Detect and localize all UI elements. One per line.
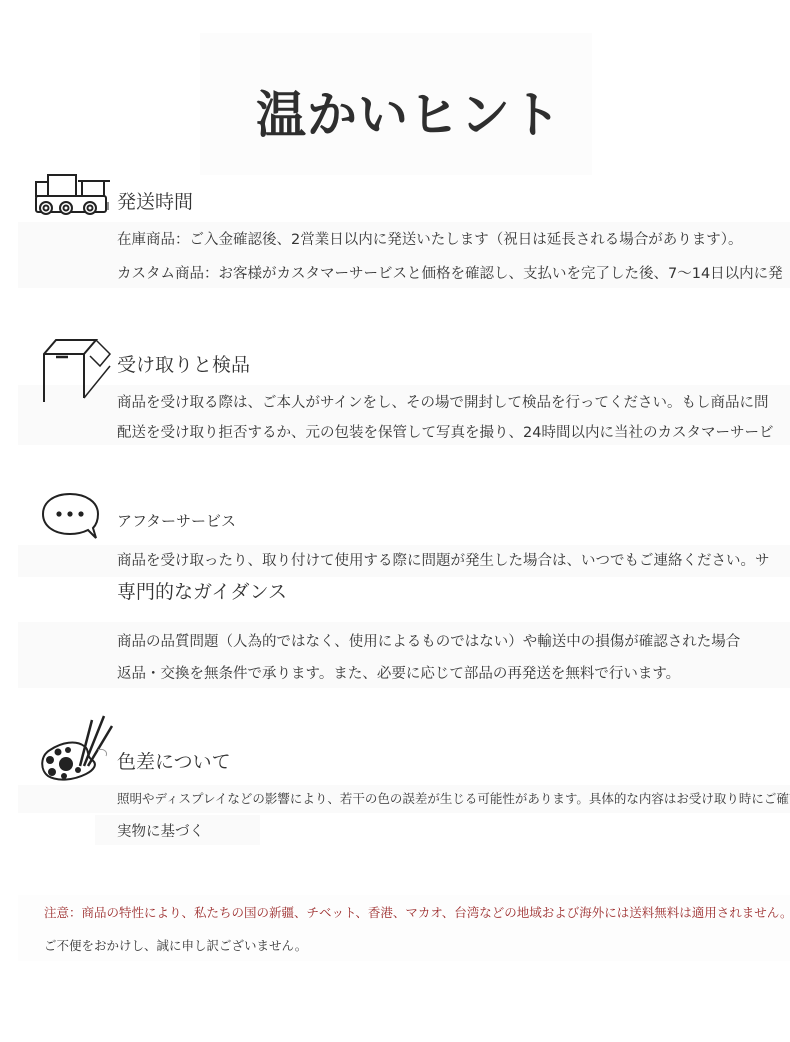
receipt-line-2: 配送を受け取り拒否するか、元の包装を保管して写真を撮り、24時間以内に当社のカス… — [117, 421, 773, 442]
section-heading-guidance: 専門的なガイダンス — [117, 577, 287, 604]
chat-bubble-icon — [40, 490, 102, 542]
shipping-exclusion-notice: 注意：商品の特性により、私たちの国の新疆、チベット、香港、マカオ、台湾などの地域… — [44, 903, 790, 921]
truck-icon — [34, 172, 114, 218]
shipping-line-stock: 在庫商品：ご入金確認後、2営業日以内に発送いたします（祝日は延長される場合があり… — [117, 228, 742, 249]
color-line-1: 照明やディスプレイなどの影響により、若干の色の誤差が生じる可能性があります。具体… — [117, 789, 790, 807]
shipping-line-custom: カスタム商品：お客様がカスタマーサービスと価格を確認し、支払いを完了した後、7〜… — [117, 262, 783, 283]
section-heading-aftersales: アフターサービス — [117, 510, 236, 531]
section-heading-receipt: 受け取りと検品 — [117, 350, 250, 377]
page-title: 温かいヒント — [200, 75, 618, 147]
section-heading-shipping: 発送時間 — [117, 187, 193, 214]
section-heading-color: 色差について — [117, 747, 231, 774]
receipt-line-1: 商品を受け取る際は、ご本人がサインをし、その場で開封して検品を行ってください。も… — [117, 391, 768, 412]
aftersales-line-1: 商品を受け取ったり、取り付けて使用する際に問題が発生した場合は、いつでもご連絡く… — [117, 549, 770, 570]
guidance-line-1: 商品の品質問題（人為的ではなく、使用によるものではない）や輸送中の損傷が確認され… — [117, 630, 740, 651]
open-box-icon — [40, 336, 114, 406]
guidance-line-2: 返品・交換を無条件で承ります。また、必要に応じて部品の再発送を無料で行います。 — [117, 662, 680, 683]
apology-text: ご不便をおかけし、誠に申し訳ございません。 — [44, 936, 307, 954]
paint-palette-icon — [38, 712, 118, 784]
color-line-2: 実物に基づく — [117, 820, 204, 841]
